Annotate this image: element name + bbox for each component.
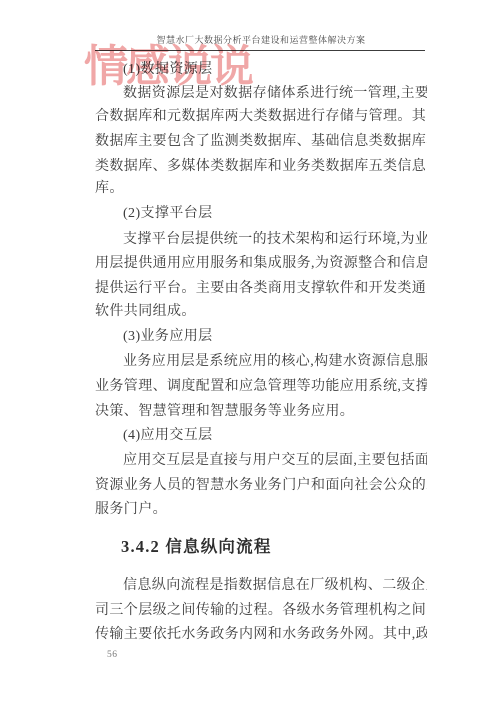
text-line: 库。 — [95, 177, 427, 201]
list-item-heading-2: (2)支撑平台层 — [95, 202, 427, 226]
text-line: 服务门户。 — [95, 498, 427, 522]
text-line: 司三个层级之间传输的过程。各级水务管理机构之间的信息 — [95, 599, 427, 623]
text-line: 用层提供通用应用服务和集成服务,为资源整合和信息共享 — [95, 252, 427, 276]
text-line: 类数据库、多媒体类数据库和业务类数据库五类信息的数据 — [95, 155, 427, 179]
list-item-heading-1: (1)数据资源层 — [95, 58, 427, 82]
section-heading: 3.4.2 信息纵向流程 — [95, 534, 427, 560]
text-line: 业务管理、调度配置和应急管理等功能应用系统,支撑智慧 — [95, 375, 427, 399]
text-line: 软件共同组成。 — [95, 300, 427, 324]
text-line: 支撑平台层提供统一的技术架构和运行环境,为业务应 — [95, 228, 427, 252]
text-line: 信息纵向流程是指数据信息在厂级机构、二级企业、公 — [95, 574, 427, 598]
text-line: 应用交互层是直接与用户交互的层面,主要包括面向水 — [95, 449, 427, 473]
document-body: (1)数据资源层 数据资源层是对数据存储体系进行统一管理,主要对综 合数据库和元… — [95, 0, 427, 707]
text-line: 数据库主要包含了监测类数据库、基础信息类数据库、空间 — [95, 130, 427, 154]
text-line: 传输主要依托水务政务内网和水务政务外网。其中,政务内 — [95, 623, 427, 647]
page-number: 56 — [107, 650, 118, 660]
text-line: 资源业务人员的智慧水务业务门户和面向社会公众的水资源 — [95, 474, 427, 498]
list-item-heading-4: (4)应用交互层 — [95, 424, 427, 448]
list-item-heading-3: (3)业务应用层 — [95, 325, 427, 349]
text-line: 业务应用层是系统应用的核心,构建水资源信息服务、 — [95, 350, 427, 374]
text-line: 提供运行平台。主要由各类商用支撑软件和开发类通用支撑 — [95, 277, 427, 301]
text-line: 数据资源层是对数据存储体系进行统一管理,主要对综 — [95, 82, 427, 106]
text-line: 合数据库和元数据库两大类数据进行存储与管理。其中综合 — [95, 105, 427, 129]
text-line: 决策、智慧管理和智慧服务等业务应用。 — [95, 400, 427, 424]
